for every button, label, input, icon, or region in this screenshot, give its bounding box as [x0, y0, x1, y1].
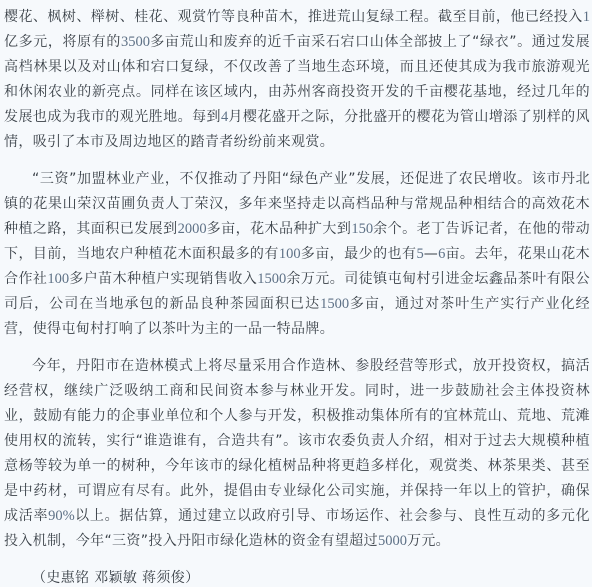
paragraph-1: 樱花、枫树、榉树、桂花、观赏竹等良种苗木，推进荒山复绿工程。截至目前，他已经投入…	[4, 5, 590, 155]
article-page: 樱花、枫树、榉树、桂花、观赏竹等良种苗木，推进荒山复绿工程。截至目前，他已经投入…	[0, 0, 592, 587]
numeric-value: 3500	[121, 34, 150, 50]
numeric-value: 1500	[257, 271, 286, 287]
paragraph-3: 今年，丹阳市在造林模式上将尽量采用合作造林、参股经营等形式，放开投资权，搞活经营…	[4, 354, 590, 554]
byline: （史惠铭 邓颖敏 蒋须俊）	[4, 566, 590, 587]
numeric-value: 1	[583, 9, 590, 25]
numeric-value: 5	[416, 246, 423, 262]
numeric-value: 2000	[178, 221, 207, 237]
numeric-value: 6	[438, 246, 445, 262]
numeric-value: 1500	[320, 296, 349, 312]
paragraph-2: “三资”加盟林业产业，不仅推动了丹阳“绿色产业”发展，还促进了农民增收。该市丹北…	[4, 167, 590, 342]
numeric-value: 90%	[48, 508, 75, 524]
numeric-value: 4	[221, 109, 228, 125]
numeric-value: 5000	[378, 533, 407, 549]
numeric-value: 150	[351, 221, 373, 237]
article-body: 樱花、枫树、榉树、桂花、观赏竹等良种苗木，推进荒山复绿工程。截至目前，他已经投入…	[4, 5, 590, 587]
numeric-value: 100	[47, 271, 69, 287]
numeric-value: 100	[279, 246, 301, 262]
